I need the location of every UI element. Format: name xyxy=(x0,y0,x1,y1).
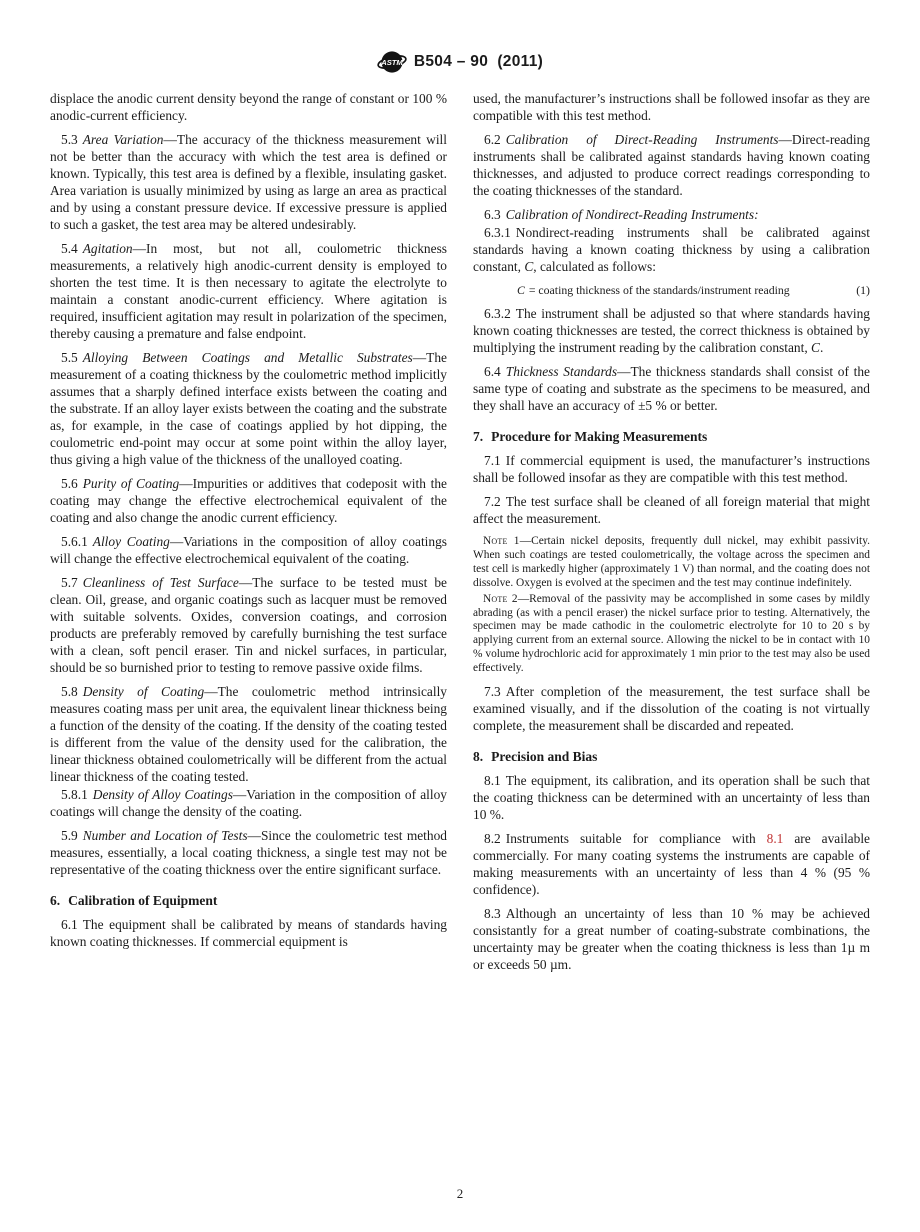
section-number: 6.3.1 xyxy=(484,225,511,240)
section-heading-6: 6.Calibration of Equipment xyxy=(50,892,447,909)
section-title: Calibration of Nondirect-Reading Instrum… xyxy=(506,207,759,222)
section-number: 6.2 xyxy=(484,132,501,147)
paragraph-5-5: 5.5Alloying Between Coatings and Metalli… xyxy=(50,349,447,468)
document-page: ASTM B504 – 90 (2011) displace the anodi… xyxy=(0,0,920,1232)
paragraph-text: If commercial equipment is used, the man… xyxy=(473,453,870,485)
right-column: used, the manufacturer’s instructions sh… xyxy=(473,90,870,973)
astm-logo-icon: ASTM xyxy=(377,48,407,76)
variable-c: C xyxy=(517,283,525,297)
heading-title: Calibration of Equipment xyxy=(68,893,217,908)
section-number: 5.8 xyxy=(61,684,78,699)
paragraph-continuation: displace the anodic current density beyo… xyxy=(50,90,447,124)
section-number: 7.2 xyxy=(484,494,501,509)
section-number: 5.9 xyxy=(61,828,78,843)
section-number: 5.7 xyxy=(61,575,78,590)
two-column-body: displace the anodic current density beyo… xyxy=(50,90,870,973)
svg-text:ASTM: ASTM xyxy=(380,58,403,67)
paragraph-5-9: 5.9Number and Location of Tests—Since th… xyxy=(50,827,447,878)
paragraph-5-8-1: 5.8.1Density of Alloy Coatings—Variation… xyxy=(50,786,447,820)
section-number: 7.3 xyxy=(484,684,501,699)
paragraph-5-6-1: 5.6.1Alloy Coating—Variations in the com… xyxy=(50,533,447,567)
heading-title: Procedure for Making Measurements xyxy=(491,429,707,444)
note-text: —Removal of the passivity may be accompl… xyxy=(473,593,870,675)
paragraph-7-3: 7.3After completion of the measurement, … xyxy=(473,683,870,734)
paragraph-6-2: 6.2Calibration of Direct-Reading Instrum… xyxy=(473,131,870,199)
paragraph-continuation: used, the manufacturer’s instructions sh… xyxy=(473,90,870,124)
paragraph-text: —The coulometric method intrinsically me… xyxy=(50,684,447,784)
ref-link-8-1[interactable]: 8.1 xyxy=(767,831,784,846)
paragraph-5-7: 5.7Cleanliness of Test Surface—The surfa… xyxy=(50,574,447,676)
heading-number: 6. xyxy=(50,893,60,908)
section-number: 6.1 xyxy=(61,917,78,932)
left-column: displace the anodic current density beyo… xyxy=(50,90,447,973)
section-number: 5.6.1 xyxy=(61,534,88,549)
equation-text: = coating thickness of the standards/ins… xyxy=(526,283,790,297)
paragraph-text: Instruments suitable for compliance with xyxy=(506,831,767,846)
section-number: 7.1 xyxy=(484,453,501,468)
heading-title: Precision and Bias xyxy=(491,749,597,764)
note-text: —Certain nickel deposits, frequently dul… xyxy=(473,535,870,589)
section-title: Area Variation xyxy=(83,132,164,147)
paragraph-text: The equipment, its calibration, and its … xyxy=(473,773,870,822)
section-number: 5.8.1 xyxy=(61,787,88,802)
variable-c: C xyxy=(811,340,820,355)
paragraph-text: —The accuracy of the thickness measureme… xyxy=(50,132,447,232)
section-number: 5.4 xyxy=(61,241,78,256)
paragraph-8-2: 8.2Instruments suitable for compliance w… xyxy=(473,830,870,898)
paragraph-8-1: 8.1The equipment, its calibration, and i… xyxy=(473,772,870,823)
paragraph-7-1: 7.1If commercial equipment is used, the … xyxy=(473,452,870,486)
page-number: 2 xyxy=(457,1186,464,1201)
section-number: 6.3 xyxy=(484,207,501,222)
paragraph-8-3: 8.3Although an uncertainty of less than … xyxy=(473,905,870,973)
paragraph-text: —The surface to be tested must be clean.… xyxy=(50,575,447,675)
section-title: Calibration of Direct-Reading Instrument… xyxy=(506,132,779,147)
section-title: Thickness Standards xyxy=(506,364,617,379)
paragraph-5-6: 5.6Purity of Coating—Impurities or addit… xyxy=(50,475,447,526)
paragraph-text: After completion of the measurement, the… xyxy=(473,684,870,733)
page-header: ASTM B504 – 90 (2011) xyxy=(0,48,920,76)
section-number: 6.3.2 xyxy=(484,306,511,321)
paragraph-6-3-1: 6.3.1Nondirect-reading instruments shall… xyxy=(473,224,870,275)
paragraph-text: The test surface shall be cleaned of all… xyxy=(473,494,870,526)
section-title: Alloy Coating xyxy=(93,534,170,549)
paragraph-text: . xyxy=(820,340,823,355)
section-number: 5.3 xyxy=(61,132,78,147)
note-2: Note 2—Removal of the passivity may be a… xyxy=(473,593,870,676)
paragraph-5-4: 5.4Agitation—In most, but not all, coulo… xyxy=(50,240,447,342)
paragraph-text: —In most, but not all, coulometric thick… xyxy=(50,241,447,341)
note-label: Note 2 xyxy=(483,593,518,605)
page-footer: 2 xyxy=(0,1186,920,1202)
section-title: Density of Coating xyxy=(83,684,204,699)
paragraph-text: The equipment shall be calibrated by mea… xyxy=(50,917,447,949)
section-number: 8.2 xyxy=(484,831,501,846)
paragraph-6-3: 6.3Calibration of Nondirect-Reading Inst… xyxy=(473,206,870,223)
section-title: Cleanliness of Test Surface xyxy=(83,575,239,590)
equation-1: C = coating thickness of the standards/i… xyxy=(473,283,870,298)
paragraph-text: —The measurement of a coating thickness … xyxy=(50,350,447,467)
paragraph-6-4: 6.4Thickness Standards—The thickness sta… xyxy=(473,363,870,414)
paragraph-text: Although an uncertainty of less than 10 … xyxy=(473,906,870,972)
section-number: 8.3 xyxy=(484,906,501,921)
section-title: Number and Location of Tests xyxy=(83,828,248,843)
equation-number: (1) xyxy=(856,283,870,298)
paragraph-5-8: 5.8Density of Coating—The coulometric me… xyxy=(50,683,447,785)
section-number: 6.4 xyxy=(484,364,501,379)
heading-number: 8. xyxy=(473,749,483,764)
paragraph-6-1: 6.1The equipment shall be calibrated by … xyxy=(50,916,447,950)
paragraph-6-3-2: 6.3.2The instrument shall be adjusted so… xyxy=(473,305,870,356)
section-number: 5.5 xyxy=(61,350,78,365)
note-label: Note 1 xyxy=(483,535,520,547)
heading-number: 7. xyxy=(473,429,483,444)
section-number: 8.1 xyxy=(484,773,501,788)
paragraph-7-2: 7.2The test surface shall be cleaned of … xyxy=(473,493,870,527)
section-heading-8: 8.Precision and Bias xyxy=(473,748,870,765)
section-title: Alloying Between Coatings and Metallic S… xyxy=(83,350,413,365)
section-title: Purity of Coating xyxy=(83,476,179,491)
note-1: Note 1—Certain nickel deposits, frequent… xyxy=(473,535,870,591)
section-heading-7: 7.Procedure for Making Measurements xyxy=(473,428,870,445)
paragraph-5-3: 5.3Area Variation—The accuracy of the th… xyxy=(50,131,447,233)
variable-c: C xyxy=(524,259,533,274)
section-title: Density of Alloy Coatings xyxy=(93,787,233,802)
paragraph-text: , calculated as follows: xyxy=(533,259,656,274)
section-title: Agitation xyxy=(83,241,133,256)
equation-body: C = coating thickness of the standards/i… xyxy=(517,283,790,298)
section-number: 5.6 xyxy=(61,476,78,491)
standard-designation: B504 – 90 (2011) xyxy=(414,53,543,71)
